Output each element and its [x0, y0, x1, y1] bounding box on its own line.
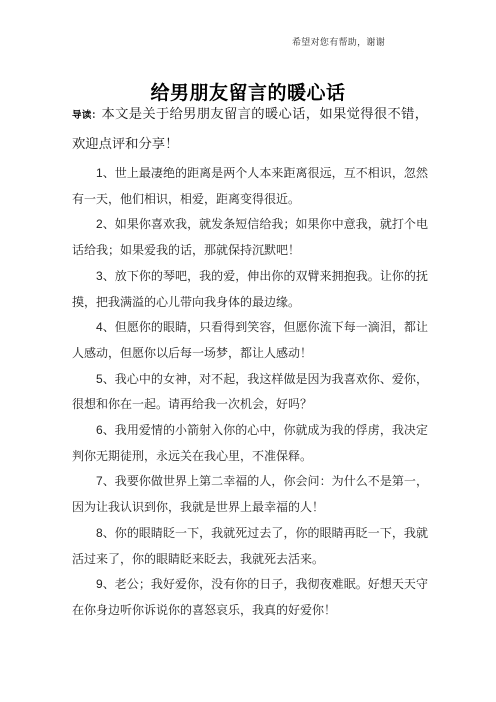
item-number: 5、 [96, 372, 115, 386]
item-number: 1、 [96, 166, 115, 180]
item-number: 8、 [96, 526, 115, 540]
item-number: 4、 [96, 320, 115, 334]
item-number: 2、 [96, 217, 115, 231]
item-number: 3、 [96, 269, 115, 283]
list-item: 2、如果你喜欢我，就发条短信给我；如果你中意我，就打个电话给我；如果爱我的话，那… [72, 212, 428, 263]
item-text: 老公；我好爱你，没有你的日子，我彻夜难眠。好想天天守在你身边听你诉说你的喜怒哀乐… [72, 577, 428, 617]
list-item: 6、我用爱情的小箭射入你的心中，你就成为我的俘虏，我决定判你无期徒刑，永远关在我… [72, 418, 428, 469]
item-list: 1、世上最凄绝的距离是两个人本来距离很远，互不相识，忽然有一天，他们相识，相爱，… [72, 161, 428, 624]
document-page: 希望对您有帮助，谢谢 给男朋友留言的暖心话 导读：本文是关于给男朋友留言的暖心话… [0, 0, 496, 702]
item-text: 我心中的女神，对不起，我这样做是因为我喜欢你、爱你，很想和你在一起。请再给我一次… [72, 372, 428, 412]
item-number: 7、 [96, 474, 115, 488]
list-item: 1、世上最凄绝的距离是两个人本来距离很远，互不相识，忽然有一天，他们相识，相爱，… [72, 161, 428, 212]
item-text: 我要你做世界上第二幸福的人，你会问：为什么不是第一，因为让我认识到你，我就是世界… [72, 474, 428, 514]
intro-paragraph: 导读：本文是关于给男朋友留言的暖心话，如果觉得很不错，欢迎点评和分享！ [72, 100, 428, 157]
item-number: 9、 [96, 577, 115, 591]
list-item: 9、老公；我好爱你，没有你的日子，我彻夜难眠。好想天天守在你身边听你诉说你的喜怒… [72, 572, 428, 623]
item-text: 我用爱情的小箭射入你的心中，你就成为我的俘虏，我决定判你无期徒刑，永远关在我心里… [72, 423, 428, 463]
item-text: 放下你的琴吧，我的爱，伸出你的双臂来拥抱我。让你的抚摸，把我满溢的心儿带向我身体… [72, 269, 428, 309]
header-note: 希望对您有帮助，谢谢 [292, 35, 385, 48]
item-text: 你的眼睛眨一下，我就死过去了，你的眼睛再眨一下，我就活过来了，你的眼睛眨来眨去，… [72, 526, 428, 566]
item-text: 如果你喜欢我，就发条短信给我；如果你中意我，就打个电话给我；如果爱我的话，那就保… [72, 217, 428, 257]
item-text: 世上最凄绝的距离是两个人本来距离很远，互不相识，忽然有一天，他们相识，相爱，距离… [72, 166, 428, 206]
list-item: 4、但愿你的眼睛，只看得到笑容，但愿你流下每一滴泪，都让人感动，但愿你以后每一场… [72, 315, 428, 366]
list-item: 7、我要你做世界上第二幸福的人，你会问：为什么不是第一，因为让我认识到你，我就是… [72, 469, 428, 520]
list-item: 3、放下你的琴吧，我的爱，伸出你的双臂来拥抱我。让你的抚摸，把我满溢的心儿带向我… [72, 264, 428, 315]
list-item: 8、你的眼睛眨一下，我就死过去了，你的眼睛再眨一下，我就活过来了，你的眼睛眨来眨… [72, 521, 428, 572]
intro-label: 导读： [72, 110, 101, 121]
item-number: 6、 [96, 423, 115, 437]
item-text: 但愿你的眼睛，只看得到笑容，但愿你流下每一滴泪，都让人感动，但愿你以后每一场梦，… [72, 320, 428, 360]
list-item: 5、我心中的女神，对不起，我这样做是因为我喜欢你、爱你，很想和你在一起。请再给我… [72, 367, 428, 418]
intro-text: 本文是关于给男朋友留言的暖心话，如果觉得很不错，欢迎点评和分享！ [72, 106, 428, 151]
document-body: 导读：本文是关于给男朋友留言的暖心话，如果觉得很不错，欢迎点评和分享！ 1、世上… [72, 100, 428, 624]
